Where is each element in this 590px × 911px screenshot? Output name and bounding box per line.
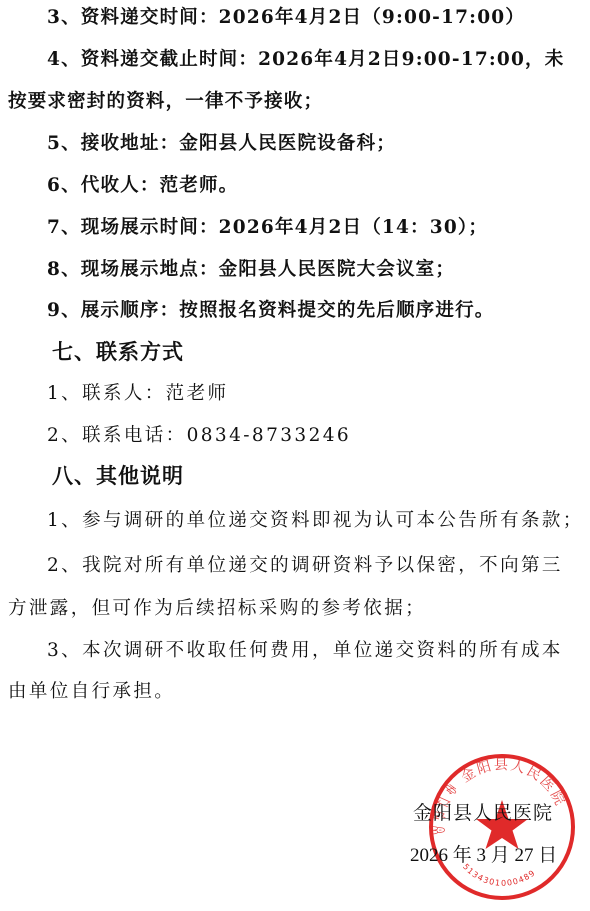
item-number: 7、 xyxy=(47,217,81,238)
signature-organization: 金阳县人民医院 xyxy=(413,798,553,825)
item-number: 2、 xyxy=(47,425,82,446)
item-number: 3、 xyxy=(47,640,82,661)
other-item-3: 3、本次调研不收取任何费用，单位递交资料的所有成本 xyxy=(0,639,590,663)
item-number: 1、 xyxy=(47,383,82,404)
item-text: 联系电话：0834-8733246 xyxy=(82,425,351,446)
item-number: 6、 xyxy=(47,175,81,196)
item-number: 1、 xyxy=(47,510,82,531)
item-number: 2、 xyxy=(47,555,82,576)
item-text-continuation: 按要求密封的资料，一律不予接收； xyxy=(8,91,323,112)
item-9: 9、展示顺序：按照报名资料提交的先后顺序进行。 xyxy=(0,299,590,323)
item-7: 7、现场展示时间：2026年4月2日（14：30）； xyxy=(0,216,590,240)
item-number: 5、 xyxy=(47,133,81,154)
item-number: 8、 xyxy=(47,259,81,280)
item-text: 展示顺序：按照报名资料提交的先后顺序进行。 xyxy=(81,300,495,321)
signature-date: 2026 年 3 月 27 日 xyxy=(410,840,557,867)
other-item-2-continuation: 方泄露，但可作为后续招标采购的参考依据； xyxy=(0,597,590,621)
section-heading-contact: 七、联系方式 xyxy=(0,340,590,364)
item-text: 资料递交截止时间：2026年4月2日9:00-17:00，未 xyxy=(81,49,565,70)
section-heading-other: 八、其他说明 xyxy=(0,464,590,488)
item-8: 8、现场展示地点：金阳县人民医院大会议室； xyxy=(0,258,590,282)
item-6: 6、代收人：范老师。 xyxy=(0,174,590,198)
item-text: 接收地址：金阳县人民医院设备科； xyxy=(81,133,396,154)
item-4: 4、资料递交截止时间：2026年4月2日9:00-17:00，未 xyxy=(0,48,590,72)
item-text: 本次调研不收取任何费用，单位递交资料的所有成本 xyxy=(82,640,563,661)
item-number: 9、 xyxy=(47,300,81,321)
other-item-2: 2、我院对所有单位递交的调研资料予以保密，不向第三 xyxy=(0,554,590,578)
item-number: 3、 xyxy=(47,7,81,28)
official-seal-icon: ꇐꑳꇁꊿ 金阳县人民医院 5134301000489 xyxy=(427,752,577,902)
item-4-continuation: 按要求密封的资料，一律不予接收； xyxy=(0,90,590,114)
item-5: 5、接收地址：金阳县人民医院设备科； xyxy=(0,132,590,156)
item-text: 现场展示地点：金阳县人民医院大会议室； xyxy=(81,259,455,280)
item-text: 参与调研的单位递交资料即视为认可本公告所有条款； xyxy=(82,510,584,531)
item-number: 4、 xyxy=(47,49,81,70)
item-text-continuation: 由单位自行承担。 xyxy=(8,681,175,702)
item-3: 3、资料递交时间：2026年4月2日（9:00-17:00） xyxy=(0,6,590,30)
contact-phone: 2、联系电话：0834-8733246 xyxy=(0,424,590,448)
item-text: 联系人：范老师 xyxy=(82,383,228,404)
other-item-1: 1、参与调研的单位递交资料即视为认可本公告所有条款； xyxy=(0,509,590,533)
item-text: 我院对所有单位递交的调研资料予以保密，不向第三 xyxy=(82,555,563,576)
item-text: 代收人：范老师。 xyxy=(81,175,239,196)
item-text-continuation: 方泄露，但可作为后续招标采购的参考依据； xyxy=(8,598,426,619)
item-text: 资料递交时间：2026年4月2日（9:00-17:00） xyxy=(81,7,525,28)
item-text: 现场展示时间：2026年4月2日（14：30）； xyxy=(81,217,488,238)
contact-person: 1、联系人：范老师 xyxy=(0,382,590,406)
other-item-3-continuation: 由单位自行承担。 xyxy=(0,680,590,704)
